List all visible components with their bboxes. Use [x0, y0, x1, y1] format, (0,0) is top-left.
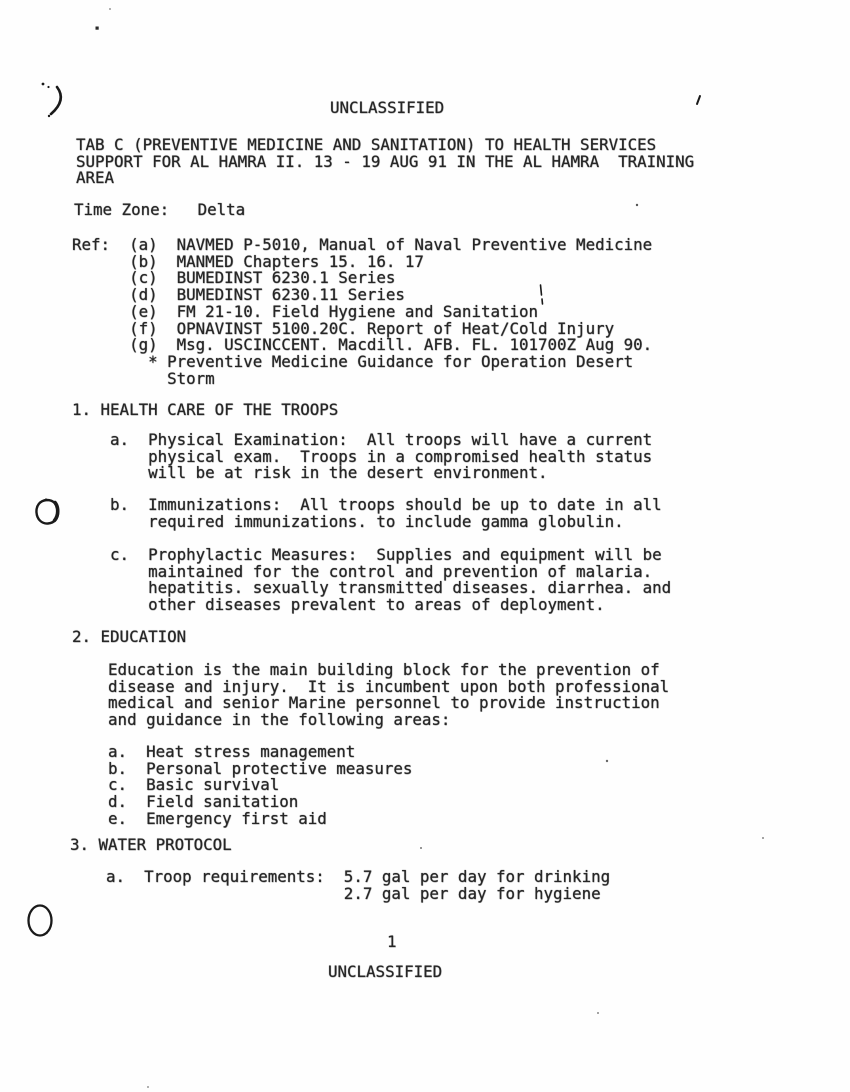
- section-1-item-c: c. Prophylactic Measures: Supplies and e…: [72, 547, 671, 614]
- section-1-item-b: b. Immunizations: All troops should be u…: [72, 497, 662, 530]
- scanned-document-page: UNCLASSIFIED TAB C (PREVENTIVE MEDICINE …: [0, 0, 850, 1092]
- section-3-item-a: a. Troop requirements: 5.7 gal per day f…: [68, 869, 610, 902]
- section-2-list: a. Heat stress management b. Personal pr…: [70, 744, 412, 828]
- time-zone-line: Time Zone: Delta: [74, 202, 245, 219]
- classification-header: UNCLASSIFIED: [330, 100, 444, 117]
- section-1-item-a: a. Physical Examination: All troops will…: [72, 432, 652, 482]
- references-block: Ref: (a) NAVMED P-5010, Manual of Naval …: [72, 237, 652, 387]
- apostrophe-speck: [697, 96, 700, 104]
- section-2-heading: 2. EDUCATION: [72, 629, 186, 646]
- handwritten-ring-mark: [29, 906, 52, 936]
- section-2-paragraph: Education is the main building block for…: [70, 662, 669, 729]
- document-title: TAB C (PREVENTIVE MEDICINE AND SANITATIO…: [76, 137, 694, 187]
- section-1-heading: 1. HEALTH CARE OF THE TROOPS: [72, 402, 338, 419]
- section-3-heading: 3. WATER PROTOCOL: [70, 837, 232, 854]
- classification-footer: UNCLASSIFIED: [328, 964, 442, 981]
- handwritten-circle-mark: [36, 499, 58, 524]
- handwritten-paren-mark: [42, 83, 61, 118]
- page-number: 1: [387, 934, 397, 951]
